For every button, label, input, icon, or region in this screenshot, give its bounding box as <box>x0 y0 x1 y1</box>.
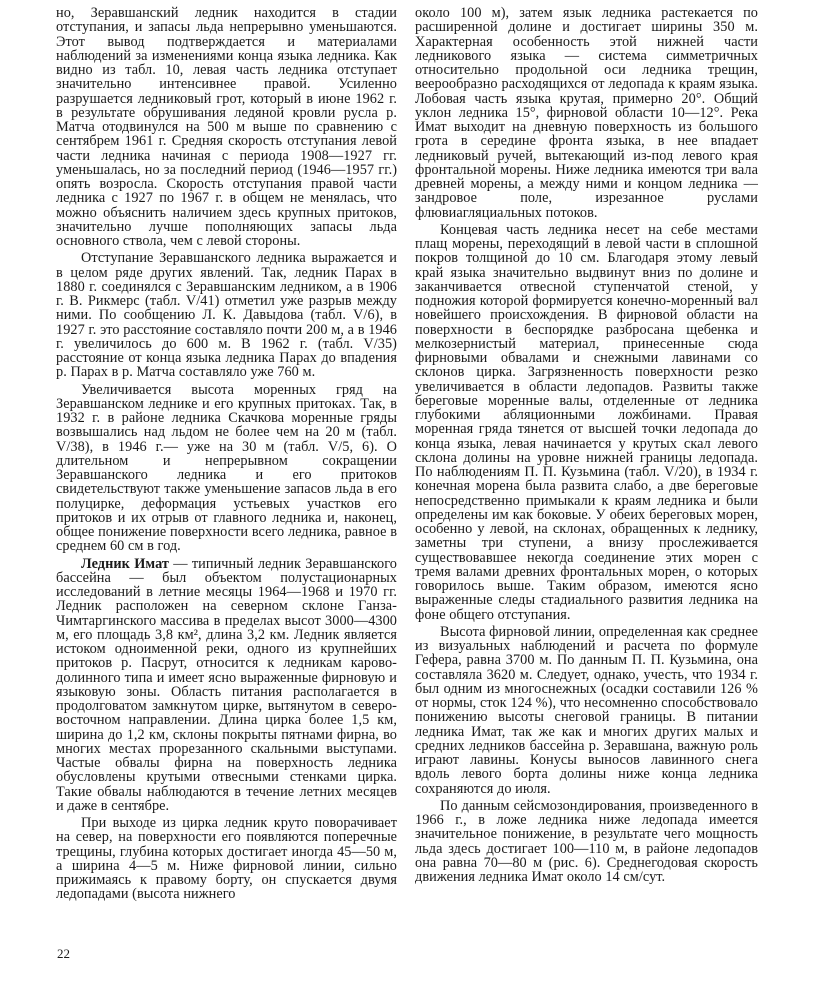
paragraph-cirque-exit: При выходе из цирка ледник круто поворач… <box>56 816 397 902</box>
paragraph-parakh-glacier: Отступание Зеравшанского ледника выражае… <box>56 251 397 379</box>
paragraph-glacier-retreat-continued: но, Зеравшанский ледник находится в стад… <box>56 6 397 248</box>
left-text-column: но, Зеравшанский ледник находится в стад… <box>56 6 397 902</box>
paragraph-seismic-sounding: По данным сейсмозондирования, произведен… <box>415 799 758 885</box>
paragraph-imat-glacier: Ледник Имат — типичный ледник Зеравшанск… <box>56 557 397 814</box>
paragraph-moraine-heights: Увеличивается высота моренных гряд на Зе… <box>56 383 397 554</box>
page-number: 22 <box>57 946 70 962</box>
paragraph-firn-line: Высота фирновой линии, определенная как … <box>415 625 758 796</box>
right-text-column: около 100 м), затем язык ледника растека… <box>415 6 758 884</box>
paragraph-terminal-part: Концевая часть ледника несет на себе мес… <box>415 223 758 622</box>
imat-glacier-text: — типичный ледник Зеравшанского бассейна… <box>56 556 397 814</box>
paragraph-glacier-tongue: около 100 м), затем язык ледника растека… <box>415 6 758 220</box>
